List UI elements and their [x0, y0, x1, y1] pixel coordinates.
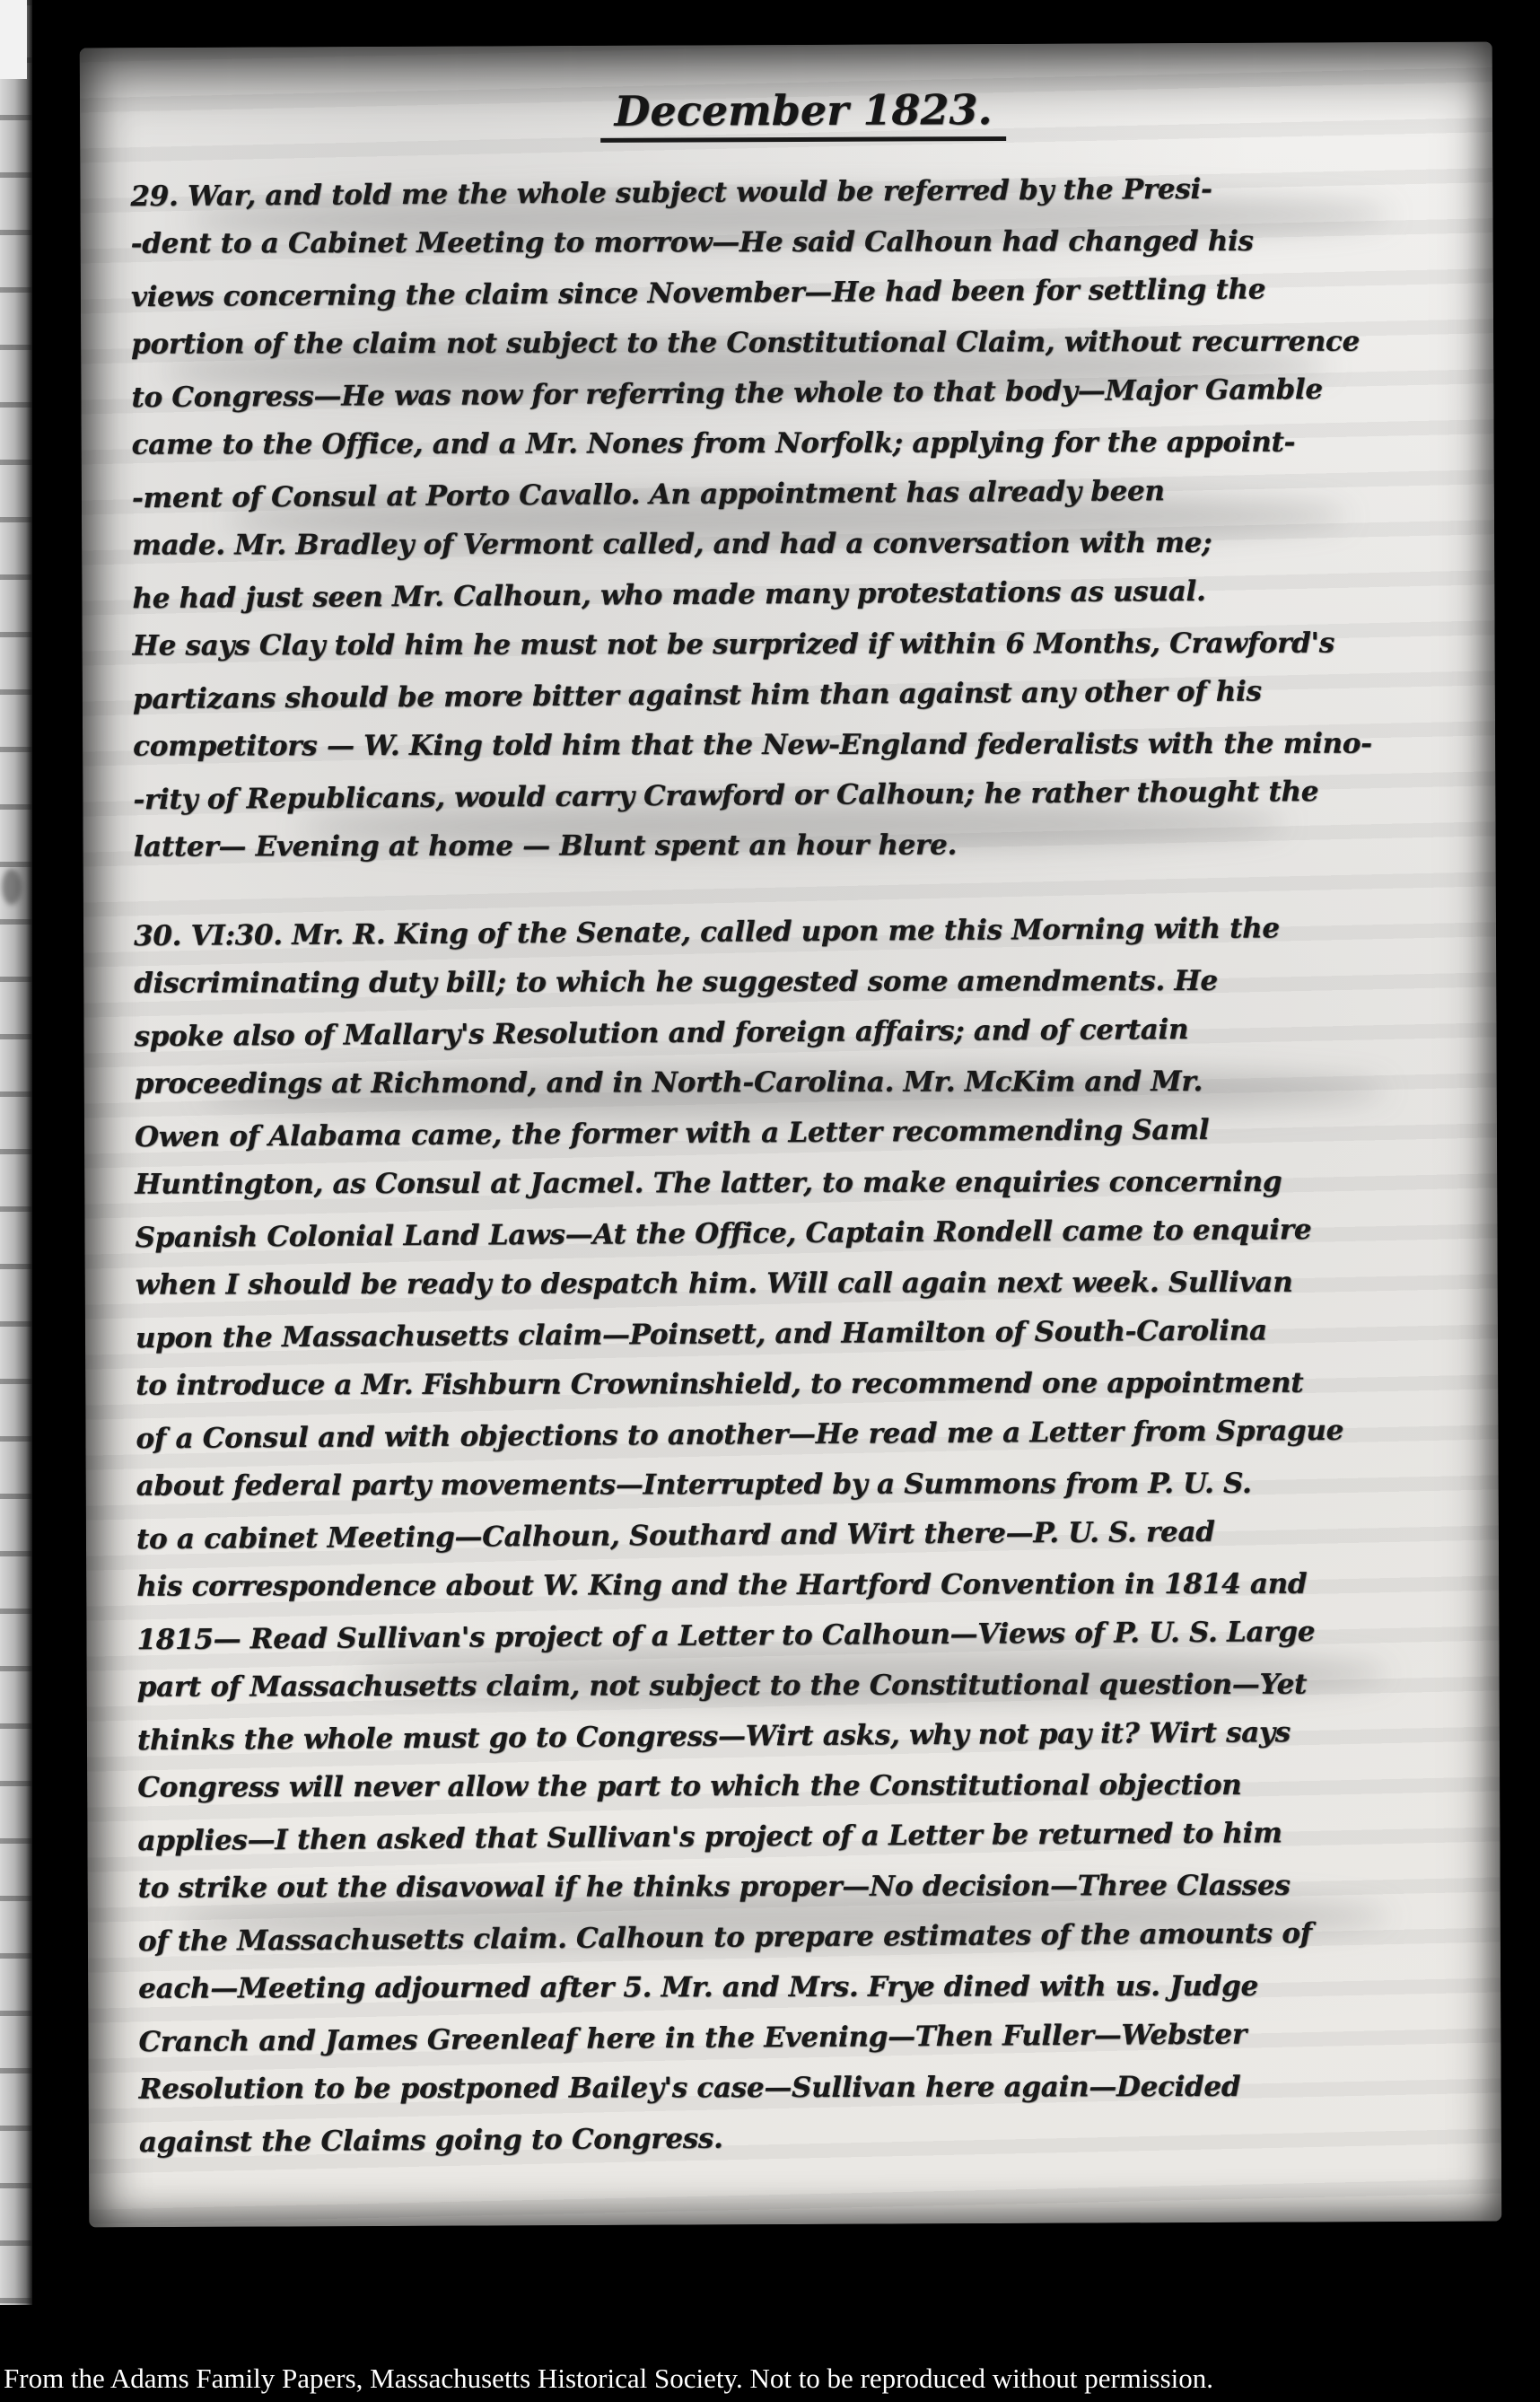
adjacent-page-edge — [0, 0, 32, 2305]
manuscript-line: Congress will never allow the part to wh… — [137, 1759, 1483, 1812]
manuscript-page: December 1823. 29. War, and told me the … — [80, 42, 1502, 2228]
manuscript-line: part of Massachusetts claim, not subject… — [137, 1659, 1483, 1712]
diary-entry-december-29: 29. War, and told me the whole subject w… — [130, 164, 1479, 874]
manuscript-line: latter— Evening at home — Blunt spent an… — [134, 819, 1480, 872]
manuscript-line: competitors — W. King told him that the … — [133, 718, 1479, 771]
manuscript-line: views concerning the claim since Novembe… — [131, 263, 1477, 322]
manuscript-line: when I should be ready to despatch him. … — [136, 1257, 1482, 1310]
manuscript-line: Huntington, as Consul at Jacmel. The lat… — [135, 1156, 1481, 1209]
manuscript-line: of a Consul and with objections to anoth… — [136, 1405, 1482, 1464]
manuscript-line: of the Massachusetts claim. Calhoun to p… — [138, 1907, 1484, 1967]
manuscript-line: Cranch and James Greenleaf here in the E… — [138, 2008, 1484, 2067]
manuscript-line: proceedings at Richmond, and in North-Ca… — [135, 1056, 1481, 1109]
manuscript-line: upon the Massachusetts claim—Poinsett, a… — [136, 1304, 1482, 1363]
manuscript-line: about federal party movements—Interrupte… — [136, 1458, 1483, 1511]
diary-entry-december-30: 30. VI:30. Mr. R. King of the Senate, ca… — [134, 904, 1485, 2167]
manuscript-line: Owen of Alabama came, the former with a … — [135, 1103, 1481, 1162]
manuscript-line: thinks the whole must go to Congress—Wir… — [137, 1706, 1483, 1766]
manuscript-scan: { "document": { "title": "December 1823.… — [0, 0, 1540, 2402]
manuscript-line: to a cabinet Meeting—Calhoun, Southard a… — [136, 1505, 1483, 1565]
archive-caption: From the Adams Family Papers, Massachuse… — [4, 2363, 1538, 2395]
manuscript-line: -dent to a Cabinet Meeting to morrow—He … — [131, 215, 1477, 268]
manuscript-line: 30. VI:30. Mr. R. King of the Senate, ca… — [134, 902, 1480, 961]
manuscript-line: partizans should be more bitter against … — [133, 665, 1479, 724]
manuscript-line: portion of the claim not subject to the … — [131, 316, 1477, 369]
manuscript-line: his correspondence about W. King and the… — [136, 1558, 1483, 1611]
manuscript-line: Resolution to be postponed Bailey's case… — [139, 2061, 1485, 2114]
manuscript-line: applies—I then asked that Sullivan's pro… — [137, 1807, 1483, 1866]
manuscript-line: each—Meeting adjourned after 5. Mr. and … — [138, 1960, 1484, 2013]
manuscript-line: discriminating duty bill; to which he su… — [134, 955, 1480, 1008]
manuscript-line: -ment of Consul at Porto Cavallo. An app… — [132, 464, 1478, 523]
page-title: December 1823. — [130, 83, 1476, 138]
page-title-text: December 1823. — [599, 85, 1006, 143]
manuscript-line: he had just seen Mr. Calhoun, who made m… — [132, 565, 1478, 624]
manuscript-line: to Congress—He was now for referring the… — [131, 364, 1477, 423]
manuscript-line: 29. War, and told me the whole subject w… — [130, 162, 1476, 222]
manuscript-line: to strike out the disavowal if he thinks… — [138, 1860, 1484, 1913]
manuscript-line: spoke also of Mallary's Resolution and f… — [134, 1003, 1480, 1062]
manuscript-line: Spanish Colonial Land Laws—At the Office… — [135, 1204, 1481, 1263]
manuscript-line: made. Mr. Bradley of Vermont called, and… — [132, 517, 1478, 570]
manuscript-line: -rity of Republicans, would carry Crawfo… — [133, 766, 1479, 825]
manuscript-line: came to the Office, and a Mr. Nones from… — [132, 416, 1478, 469]
manuscript-line: 1815— Read Sullivan's project of a Lette… — [136, 1606, 1483, 1665]
manuscript-line: against the Claims going to Congress. — [139, 2108, 1485, 2168]
manuscript-line: to introduce a Mr. Fishburn Crowninshiel… — [136, 1357, 1482, 1410]
manuscript-line: He says Clay told him he must not be sur… — [133, 618, 1479, 671]
